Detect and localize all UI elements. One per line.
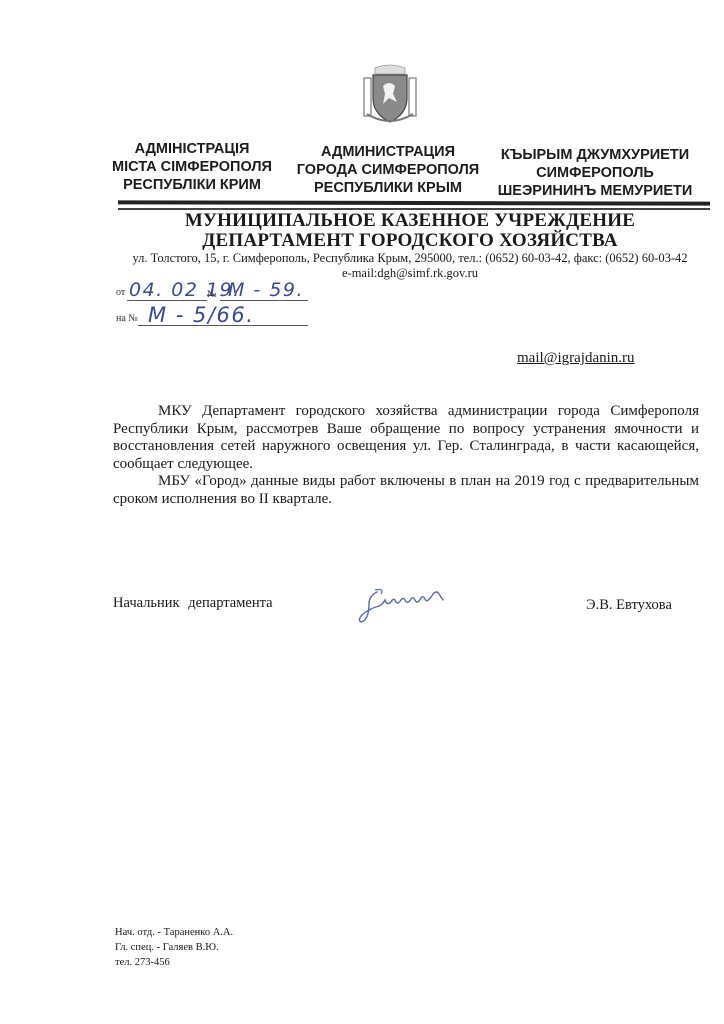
organization-name: МУНИЦИПАЛЬНОЕ КАЗЕННОЕ УЧРЕЖДЕНИЕ ДЕПАРТ… [110,211,710,251]
reply-number: М - 5/66. [148,303,254,327]
body-paragraph-1: МКУ Департамент городского хозяйства адм… [113,403,699,473]
date-underline [127,300,207,301]
number-label: № [207,289,217,300]
header-russian: АДМИНИСТРАЦИЯ ГОРОДА СИМФЕРОПОЛЯ РЕСПУБЛ… [288,143,488,197]
organization-address: ул. Толстого, 15, г. Симферополь, Респуб… [110,251,710,281]
reply-underline [138,325,308,326]
registration-date: 04. 02 19. [129,279,241,301]
number-underline [220,300,308,301]
header-crimean-tatar: КЪЫРЫМ ДЖУМХУРИЕТИ СИМФЕРОПОЛЬ ШЕЭРИНИНЪ… [484,146,706,200]
crimea-coat-of-arms-icon [361,64,419,128]
registration-number: М - 59. [228,279,304,301]
recipient-email[interactable]: mail@igrajdanin.ru [517,350,635,367]
header-ukrainian: АДМІНІСТРАЦІЯ МІСТА СІМФЕРОПОЛЯ РЕСПУБЛІ… [108,140,276,194]
signatory-name: Э.В. Евтухова [586,597,672,614]
signatory-title: Начальник департамента [113,595,273,612]
handwritten-signature-icon [355,586,455,626]
coat-of-arms-emblem [361,64,419,128]
registration-reply-row: на № [116,313,138,324]
executor-info: Нач. отд. - Тараненко А.А. Гл. спец. - Г… [115,925,233,970]
header-divider-thick [118,200,710,205]
signature [355,586,455,626]
body-paragraph-2: МБУ «Город» данные виды работ включены в… [113,473,699,508]
registration-from-row: от [116,287,125,298]
